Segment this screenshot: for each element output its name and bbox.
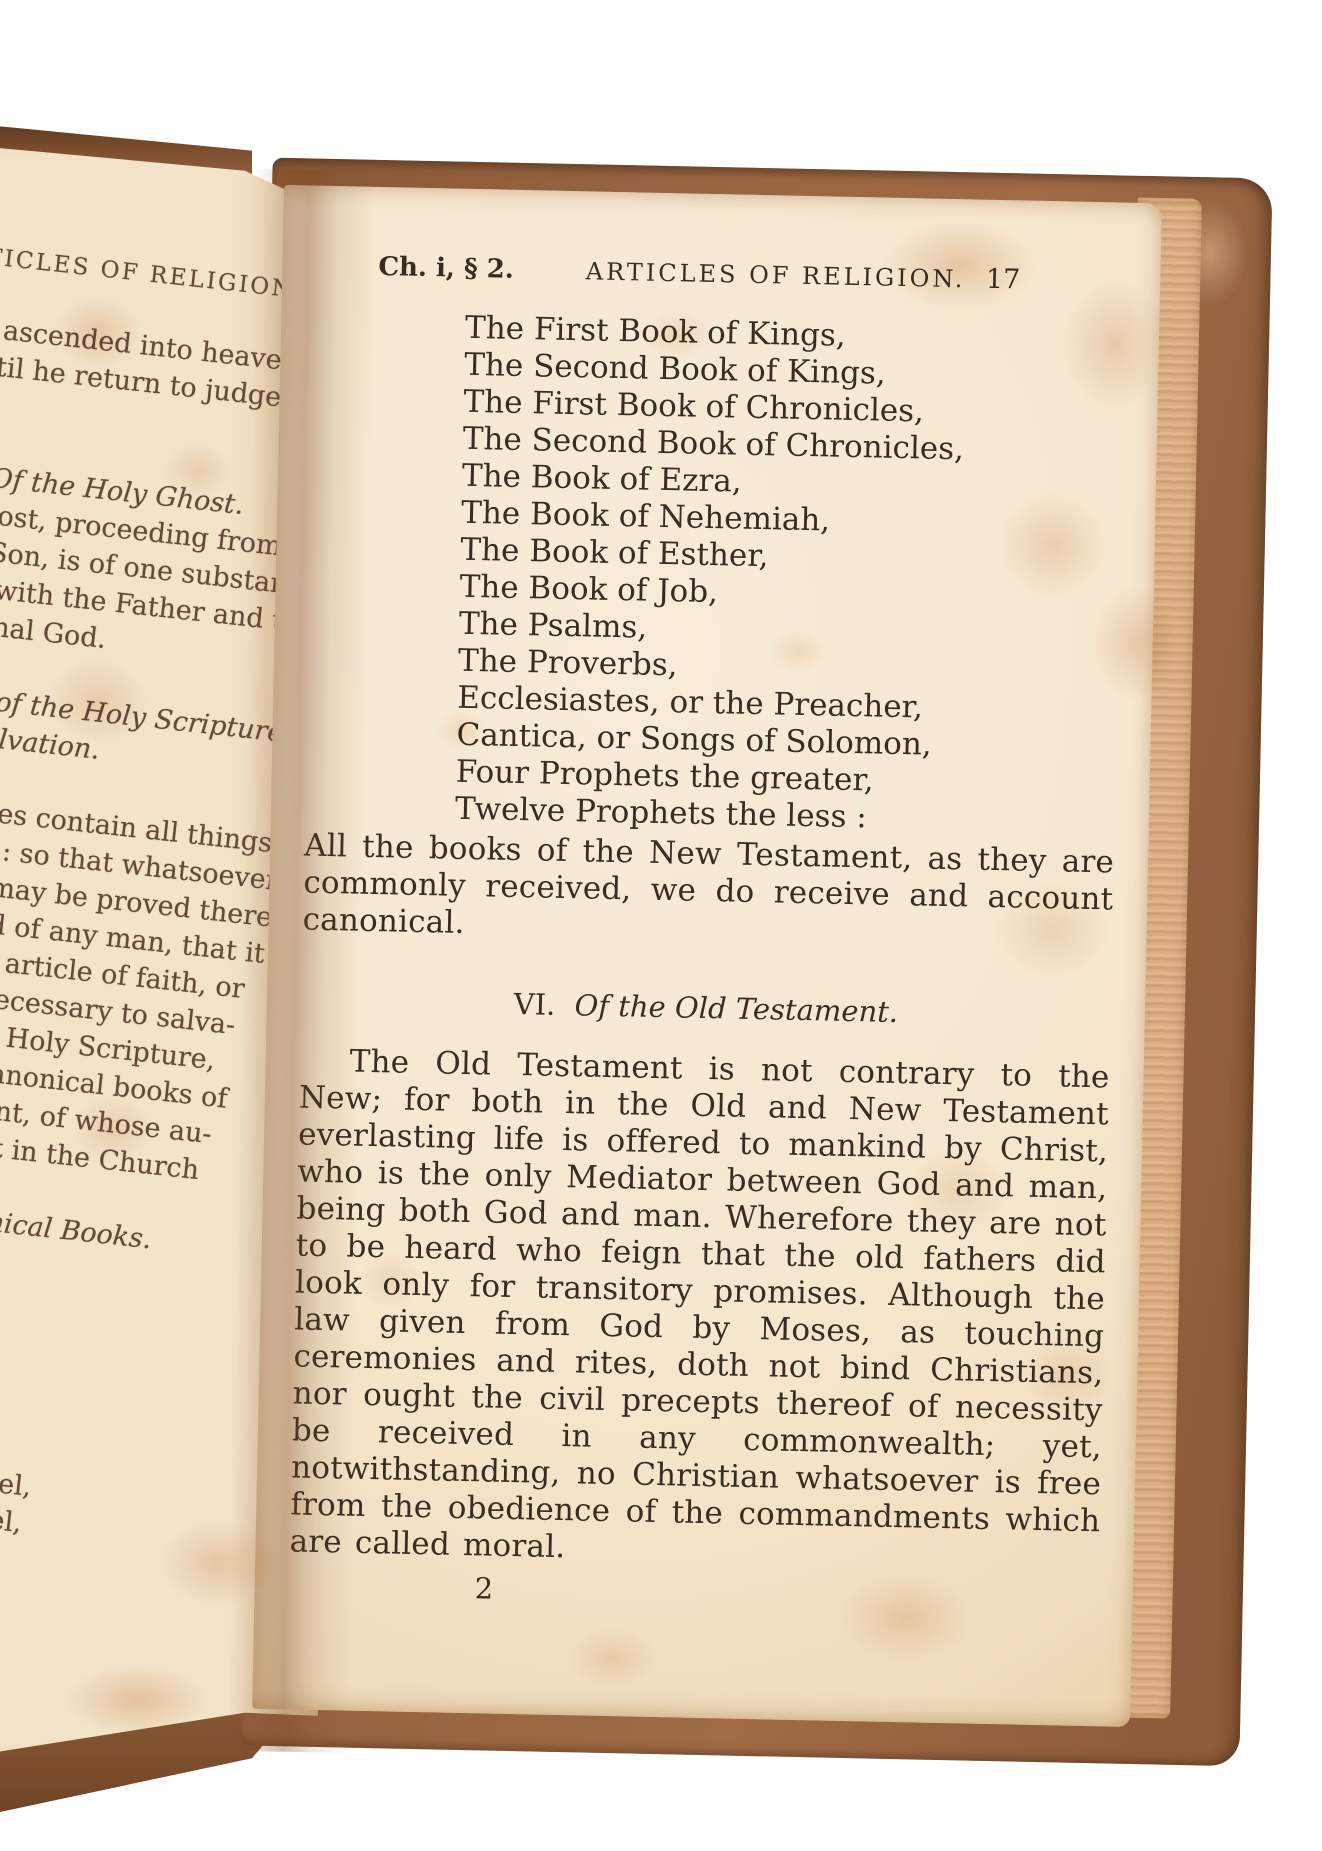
article-numeral: VI. [513, 987, 555, 1022]
chapter-section-label: Ch. i, § 2. [378, 252, 514, 285]
left-running-header: TICLES OF RELIGION. Part [0, 244, 318, 311]
page-number: 17 [986, 264, 1021, 296]
article-title: Of the Old Testament. [574, 988, 898, 1029]
signature-mark: 2 [474, 1571, 1099, 1618]
right-page: Ch. i, § 2. ARTICLES OF RELIGION. 17 The… [252, 185, 1162, 1727]
running-header: Ch. i, § 2. ARTICLES OF RELIGION. 17 [378, 251, 1126, 298]
article-heading: VI. Of the Old Testament. [301, 983, 1112, 1034]
canonical-books-list: The First Book of Kings,The Second Book … [455, 310, 1126, 842]
canonical-closing-paragraph: All the books of the New Testament, as t… [302, 828, 1114, 956]
book-photo: TICLES OF RELIGION. Part e ascended into… [0, 0, 1322, 1851]
running-title: ARTICLES OF RELIGION. [586, 257, 966, 293]
article-body-paragraph: The Old Testament is not contrary to the… [289, 1042, 1110, 1577]
left-running-title: TICLES OF RELIGION. [0, 244, 304, 304]
